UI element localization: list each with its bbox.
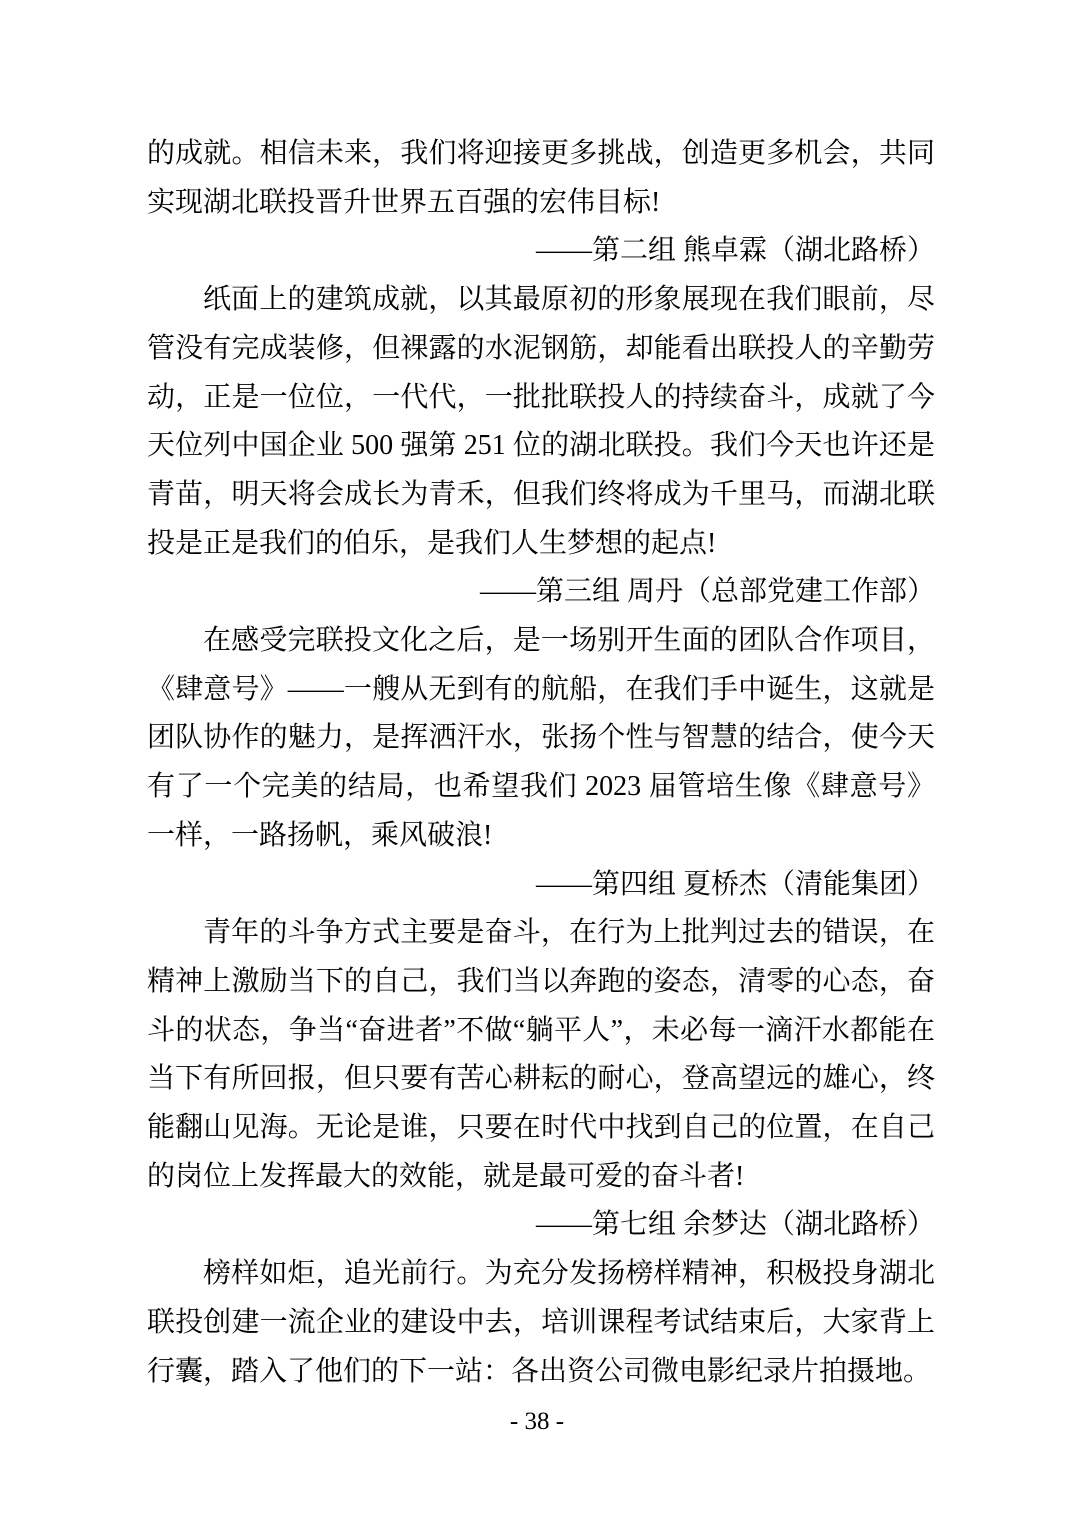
- paragraph: 在感受完联投文化之后，是一场别开生面的团队合作项目，《肆意号》——一艘从无到有的…: [147, 617, 935, 861]
- document-page: 的成就。相信未来，我们将迎接更多挑战，创造更多机会，共同实现湖北联投晋升世界五百…: [0, 0, 1074, 1520]
- attribution-line: ——第二组 熊卓霖（湖北路桥）: [147, 227, 935, 276]
- paragraph: 的成就。相信未来，我们将迎接更多挑战，创造更多机会，共同实现湖北联投晋升世界五百…: [147, 130, 935, 227]
- paragraph: 榜样如炬，追光前行。为充分发扬榜样精神，积极投身湖北联投创建一流企业的建设中去，…: [147, 1250, 935, 1396]
- paragraph: 青年的斗争方式主要是奋斗，在行为上批判过去的错误，在精神上激励当下的自己，我们当…: [147, 909, 935, 1201]
- attribution-line: ——第四组 夏桥杰（清能集团）: [147, 861, 935, 910]
- document-body: 的成就。相信未来，我们将迎接更多挑战，创造更多机会，共同实现湖北联投晋升世界五百…: [147, 130, 935, 1396]
- attribution-line: ——第七组 余梦达（湖北路桥）: [147, 1201, 935, 1250]
- attribution-line: ——第三组 周丹（总部党建工作部）: [147, 568, 935, 617]
- page-number: - 38 -: [0, 1406, 1074, 1438]
- paragraph: 纸面上的建筑成就，以其最原初的形象展现在我们眼前，尽管没有完成装修，但裸露的水泥…: [147, 276, 935, 568]
